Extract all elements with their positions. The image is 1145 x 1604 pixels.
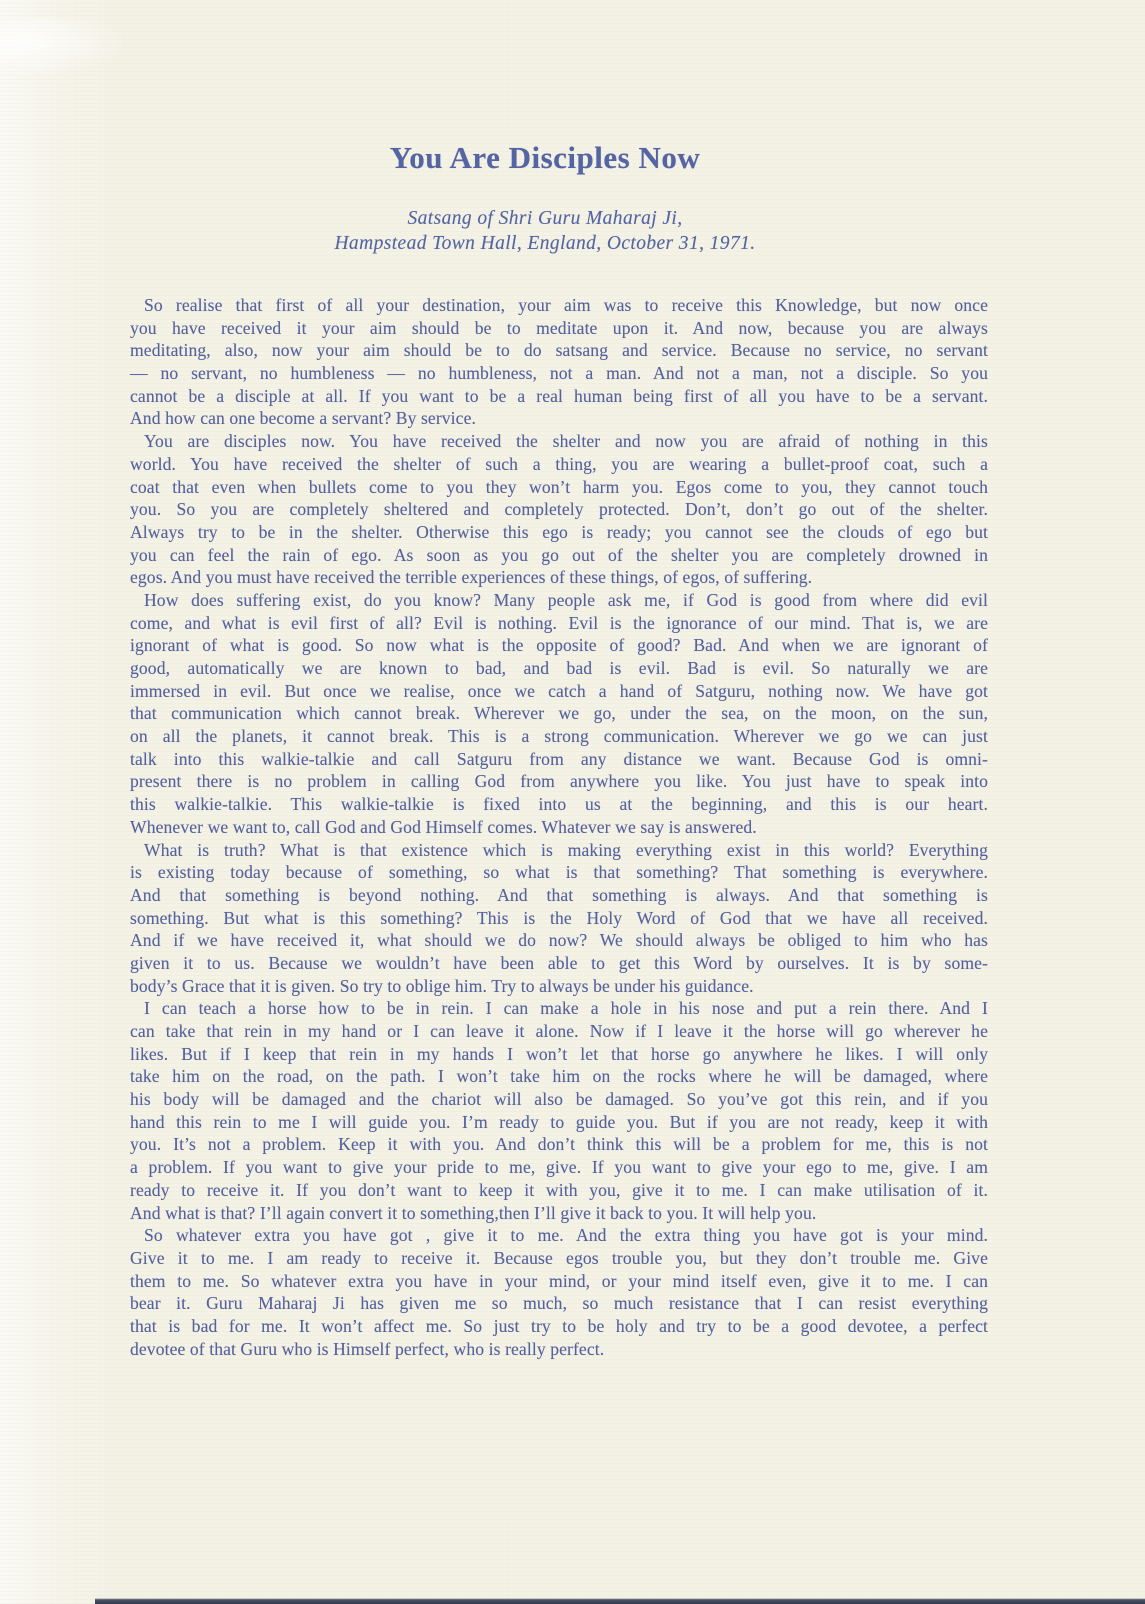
text-line-p3-l1: How does suffering exist, do you know? M… [130,589,988,612]
text-line-p1-l1: So realise that first of all your destin… [130,294,988,317]
text-line-p4-l5: And if we have received it, what should … [130,929,988,952]
page-title: You Are Disciples Now [130,140,960,176]
text-line-p1-l3: meditating, also, now your aim should be… [130,339,988,362]
text-line-p3-l7: on all the planets, it cannot break. Thi… [130,725,988,748]
text-line-p5-l10: And what is that? I’ll again convert it … [130,1202,988,1225]
text-line-p5-l8: a problem. If you want to give your prid… [130,1156,988,1179]
text-line-p2-l4: you. So you are completely sheltered and… [130,498,988,521]
scan-edge-shadow [95,1598,1145,1604]
text-line-p5-l7: you. It’s not a problem. Keep it with yo… [130,1133,988,1156]
text-line-p3-l9: present there is no problem in calling G… [130,770,988,793]
text-line-p3-l10: this walkie-talkie. This walkie-talkie i… [130,793,988,816]
text-line-p1-l2: you have received it your aim should be … [130,317,988,340]
text-line-p5-l3: likes. But if I keep that rein in my han… [130,1043,988,1066]
text-line-p2-l6: you can feel the rain of ego. As soon as… [130,544,988,567]
subtitle-line-2: Hampstead Town Hall, England, October 31… [130,231,960,256]
text-line-p5-l4: take him on the road, on the path. I won… [130,1065,988,1088]
text-line-p4-l2: is existing today because of something, … [130,861,988,884]
text-line-p4-l4: something. But what is this something? T… [130,907,988,930]
text-line-p3-l6: that communication which cannot break. W… [130,702,988,725]
subtitle-line-1: Satsang of Shri Guru Maharaj Ji, [130,206,960,231]
text-line-p2-l5: Always try to be in the shelter. Otherwi… [130,521,988,544]
text-line-p3-l4: good, automatically we are known to bad,… [130,657,988,680]
satsang-text: So realise that first of all your destin… [130,294,988,1360]
text-line-p4-l3: And that something is beyond nothing. An… [130,884,988,907]
text-line-p5-l6: hand this rein to me I will guide you. I… [130,1111,988,1134]
text-line-p2-l7: egos. And you must have received the ter… [130,566,988,589]
text-line-p5-l1: I can teach a horse how to be in rein. I… [130,997,988,1020]
text-line-p6-l4: bear it. Guru Maharaj Ji has given me so… [130,1292,988,1315]
text-line-p1-l5: cannot be a disciple at all. If you want… [130,385,988,408]
text-line-p3-l8: talk into this walkie-talkie and call Sa… [130,748,988,771]
text-line-p4-l7: body’s Grace that it is given. So try to… [130,975,988,998]
text-line-p2-l2: world. You have received the shelter of … [130,453,988,476]
text-line-p4-l6: given it to us. Because we wouldn’t have… [130,952,988,975]
text-line-p3-l3: ignorant of what is good. So now what is… [130,634,988,657]
text-line-p6-l1: So whatever extra you have got , give it… [130,1224,988,1247]
text-line-p6-l6: devotee of that Guru who is Himself perf… [130,1338,988,1361]
text-line-p2-l1: You are disciples now. You have received… [130,430,988,453]
text-line-p2-l3: coat that even when bullets come to you … [130,476,988,499]
subtitle: Satsang of Shri Guru Maharaj Ji, Hampste… [130,206,960,256]
text-line-p5-l2: can take that rein in my hand or I can l… [130,1020,988,1043]
scanned-page: You Are Disciples Now Satsang of Shri Gu… [0,0,1145,1604]
text-line-p3-l5: immersed in evil. But once we realise, o… [130,680,988,703]
text-line-p6-l3: them to me. So whatever extra you have i… [130,1270,988,1293]
text-line-p5-l5: his body will be damaged and the chariot… [130,1088,988,1111]
text-line-p1-l6: And how can one become a servant? By ser… [130,407,988,430]
text-line-p6-l2: Give it to me. I am ready to receive it.… [130,1247,988,1270]
text-line-p4-l1: What is truth? What is that existence wh… [130,839,988,862]
text-line-p5-l9: ready to receive it. If you don’t want t… [130,1179,988,1202]
text-line-p6-l5: that is bad for me. It won’t affect me. … [130,1315,988,1338]
text-line-p1-l4: — no servant, no humbleness — no humblen… [130,362,988,385]
text-line-p3-l2: come, and what is evil first of all? Evi… [130,612,988,635]
text-line-p3-l11: Whenever we want to, call God and God Hi… [130,816,988,839]
